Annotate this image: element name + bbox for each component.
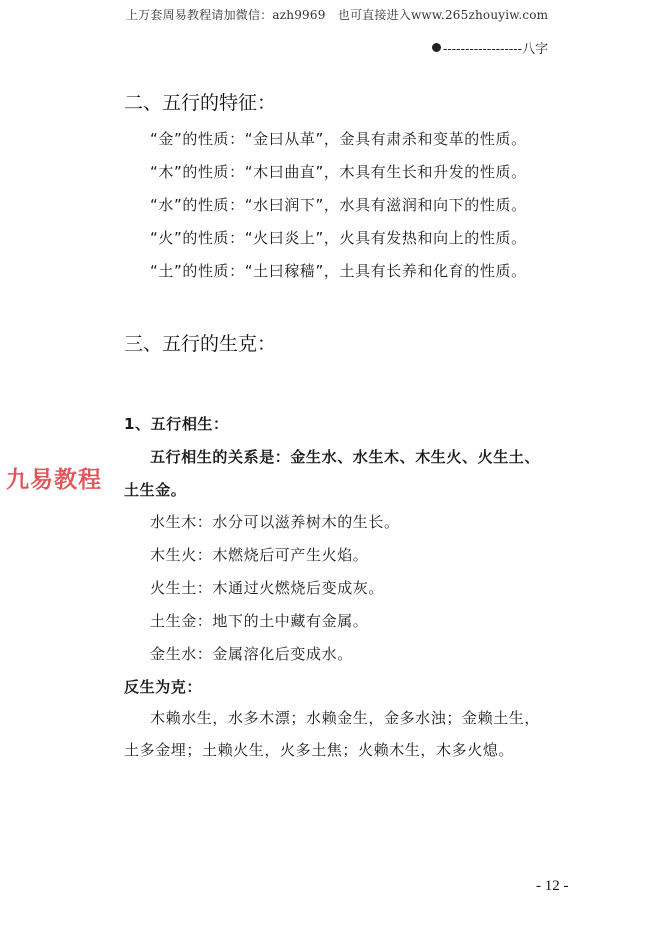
page-number: - 12 -: [536, 878, 569, 895]
generation-item: 土生金：地下的土中藏有金属。: [150, 610, 368, 631]
reverse-generation-line1: 木赖水生，水多木漂；水赖金生，金多水浊；金赖土生，: [150, 707, 540, 728]
running-header-label: ------------------八字: [443, 38, 548, 57]
property-line-metal: “金”的性质：“金曰从革”，金具有肃杀和变革的性质。: [150, 128, 527, 149]
property-line-fire: “火”的性质：“火曰炎上”，火具有发热和向上的性质。: [150, 227, 527, 248]
generation-item: 水生木：水分可以滋养树木的生长。: [150, 511, 400, 532]
running-header: ------------------八字: [432, 38, 548, 57]
section-2-title: 二、五行的特征：: [124, 88, 276, 115]
red-watermark: 九易教程: [6, 461, 102, 494]
property-line-earth: “土”的性质：“土曰稼穑”，土具有长养和化育的性质。: [150, 260, 527, 281]
generation-item: 金生水：金属溶化后变成水。: [150, 643, 353, 664]
reverse-generation-line2: 土多金埋；土赖火生，火多土焦；火赖木生，木多火熄。: [124, 739, 514, 760]
bullet-dot-icon: [432, 43, 441, 52]
generation-item: 木生火：木燃烧后可产生火焰。: [150, 544, 368, 565]
generation-relation-line2: 土生金。: [124, 479, 186, 500]
generation-relation-line1: 五行相生的关系是：金生水、水生木、木生火、火生土、: [150, 446, 540, 467]
subsection-generation-title: 1、五行相生：: [124, 413, 229, 434]
generation-item: 火生土：木通过火燃烧后变成灰。: [150, 577, 384, 598]
property-line-water: “水”的性质：“水曰润下”，水具有滋润和向下的性质。: [150, 194, 527, 215]
section-3-title: 三、五行的生克：: [124, 329, 276, 356]
top-watermark: 上万套周易教程请加微信：azh9969 也可直接进入www.265zhouyiw…: [126, 6, 548, 23]
property-line-wood: “木”的性质：“木曰曲直”，木具有生长和升发的性质。: [150, 161, 527, 182]
reverse-generation-title: 反生为克：: [124, 676, 202, 697]
